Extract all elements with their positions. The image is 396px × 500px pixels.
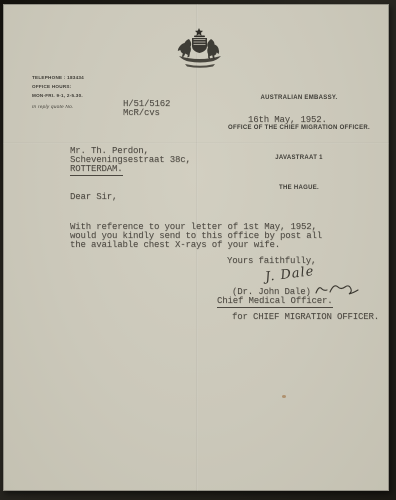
paper-stain — [282, 395, 286, 398]
reply-quote-label: In reply quote No. — [32, 105, 73, 110]
recipient-city-text: ROTTERDAM. — [70, 164, 123, 176]
embassy-header: AUSTRALIAN EMBASSY. OFFICE OF THE CHIEF … — [219, 73, 379, 213]
recipient-city: ROTTERDAM. — [70, 165, 123, 174]
embassy-city: THE HAGUE. — [219, 183, 379, 193]
for-line: for CHIEF MIGRATION OFFICER. — [232, 313, 379, 322]
embassy-street: JAVASTRAAT 1 — [219, 153, 379, 163]
signer-title: Chief Medical Officer. — [217, 297, 333, 306]
handwritten-initials-scribble — [314, 281, 360, 297]
handwritten-signature: J. Dale — [264, 264, 315, 285]
signer-title-text: Chief Medical Officer. — [217, 296, 333, 308]
australian-coat-of-arms-icon — [165, 26, 235, 74]
telephone-line: TELEPHONE : 183434 — [32, 73, 84, 82]
letter-date: 16th May, 1952. — [248, 116, 327, 125]
office-hours-value: MON-FRI. 9-1, 2-5.30. — [32, 91, 83, 100]
embassy-name: AUSTRALIAN EMBASSY. — [219, 93, 379, 103]
salutation: Dear Sir, — [70, 193, 117, 202]
body-line: the available chest X-rays of your wife. — [70, 241, 280, 250]
reference-initials: McR/cvs — [123, 109, 160, 118]
office-hours-label: OFFICE HOURS: — [32, 82, 72, 91]
letter-document: TELEPHONE : 183434 OFFICE HOURS: MON-FRI… — [3, 4, 389, 491]
